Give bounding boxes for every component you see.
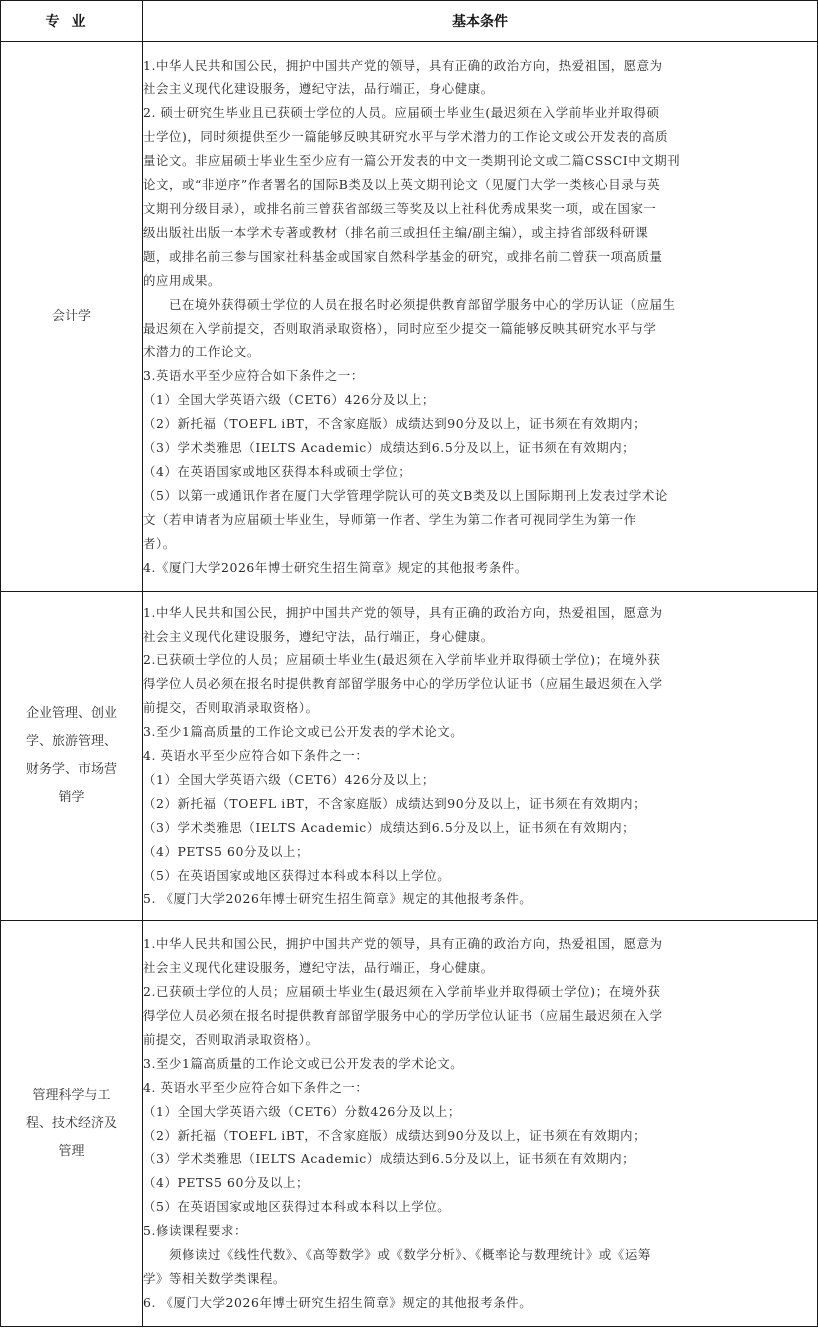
header-major: 专业 bbox=[1, 1, 143, 42]
condition-line: 须修读过《线性代数》、《高等数学》或《数学分析》、《概率论与数理统计》或《运筹 bbox=[143, 1243, 817, 1267]
condition-line: （4）PETS5 60分及以上； bbox=[143, 840, 817, 864]
table-row-management-science: 管理科学与工程、技术经济及管理 1.中华人民共和国公民，拥护中国共产党的领导，具… bbox=[1, 921, 818, 1327]
conditions-cell: 1.中华人民共和国公民，拥护中国共产党的领导，具有正确的政治方向，热爱祖国，愿意… bbox=[143, 921, 818, 1327]
major-name-line: 财务学、市场营 bbox=[1, 756, 142, 784]
major-name-line: 管理 bbox=[1, 1138, 142, 1166]
condition-line: （4）PETS5 60分及以上； bbox=[143, 1171, 817, 1195]
condition-line: 1.中华人民共和国公民，拥护中国共产党的领导，具有正确的政治方向，热爱祖国，愿意… bbox=[143, 601, 817, 625]
condition-line: 6. 《厦门大学2026年博士研究生招生简章》规定的其他报考条件。 bbox=[143, 1291, 817, 1315]
condition-line: （3）学术类雅思（IELTS Academic）成绩达到6.5分及以上，证书须在… bbox=[143, 1147, 817, 1171]
conditions-cell: 1.中华人民共和国公民，拥护中国共产党的领导，具有正确的政治方向，热爱祖国，愿意… bbox=[143, 592, 818, 921]
condition-line: （3）学术类雅思（IELTS Academic）成绩达到6.5分及以上，证书须在… bbox=[143, 436, 817, 460]
condition-line: 3.至少1篇高质量的工作论文或已公开发表的学术论文。 bbox=[143, 1052, 817, 1076]
condition-line: 文（若申请者为应届硕士毕业生，导师第一作者、学生为第二作者可视同学生为第一作 bbox=[143, 508, 817, 532]
condition-line: 者）。 bbox=[143, 532, 817, 556]
conditions-cell: 1.中华人民共和国公民，拥护中国共产党的领导，具有正确的政治方向，热爱祖国，愿意… bbox=[143, 42, 818, 592]
condition-line: 2.已获硕士学位的人员；应届硕士毕业生(最迟须在入学前毕业并取得硕士学位)；在境… bbox=[143, 980, 817, 1004]
condition-line: 前提交，否则取消录取资格）。 bbox=[143, 1028, 817, 1052]
table-row-business-management: 企业管理、创业学、旅游管理、财务学、市场营销学 1.中华人民共和国公民，拥护中国… bbox=[1, 592, 818, 921]
condition-line: （5）在英语国家或地区获得过本科或本科以上学位。 bbox=[143, 1195, 817, 1219]
condition-line: 3.至少1篇高质量的工作论文或已公开发表的学术论文。 bbox=[143, 720, 817, 744]
condition-line: 2. 硕士研究生毕业且已获硕士学位的人员。应届硕士毕业生(最迟须在入学前毕业并取… bbox=[143, 101, 817, 125]
condition-line: 前提交，否则取消录取资格）。 bbox=[143, 696, 817, 720]
major-name-line: 程、技术经济及 bbox=[1, 1110, 142, 1138]
condition-line: （1）全国大学英语六级（CET6）426分及以上； bbox=[143, 388, 817, 412]
table-row-accounting: 会计学 1.中华人民共和国公民，拥护中国共产党的领导，具有正确的政治方向，热爱祖… bbox=[1, 42, 818, 592]
condition-line: 4. 英语水平至少应符合如下条件之一： bbox=[143, 1076, 817, 1100]
condition-line: 4. 英语水平至少应符合如下条件之一： bbox=[143, 744, 817, 768]
major-name-line: 销学 bbox=[1, 784, 142, 812]
condition-line: （1）全国大学英语六级（CET6）分数426分及以上； bbox=[143, 1100, 817, 1124]
condition-line: 术潜力的工作论文。 bbox=[143, 340, 817, 364]
major-cell: 管理科学与工程、技术经济及管理 bbox=[1, 921, 143, 1327]
condition-line: 社会主义现代化建设服务，遵纪守法，品行端正，身心健康。 bbox=[143, 77, 817, 101]
condition-line: 的应用成果。 bbox=[143, 269, 817, 293]
condition-line: （2）新托福（TOEFL iBT，不含家庭版）成绩达到90分及以上，证书须在有效… bbox=[143, 412, 817, 436]
condition-line: 5.修读课程要求： bbox=[143, 1219, 817, 1243]
condition-line: 4.《厦门大学2026年博士研究生招生简章》规定的其他报考条件。 bbox=[143, 556, 817, 580]
condition-line: （2）新托福（TOEFL iBT，不含家庭版）成绩达到90分及以上，证书须在有效… bbox=[143, 792, 817, 816]
condition-line: 题，或排名前三参与国家社科基金或国家自然科学基金的研究，或排名前二曾获一项高质量 bbox=[143, 245, 817, 269]
condition-line: 最迟须在入学前提交，否则取消录取资格），同时应至少提交一篇能够反映其研究水平与学 bbox=[143, 317, 817, 341]
condition-line: 得学位人员必须在报名时提供教育部留学服务中心的学历学位认证书（应届生最迟须在入学 bbox=[143, 1004, 817, 1028]
condition-line: 2.已获硕士学位的人员；应届硕士毕业生(最迟须在入学前毕业并取得硕士学位)；在境… bbox=[143, 648, 817, 672]
condition-line: 文期刊分级目录），或排名前三曾获省部级三等奖及以上社科优秀成果奖一项，或在国家一 bbox=[143, 197, 817, 221]
condition-line: 3.英语水平至少应符合如下条件之一： bbox=[143, 364, 817, 388]
major-name-line: 管理科学与工 bbox=[1, 1082, 142, 1110]
condition-line: 1.中华人民共和国公民，拥护中国共产党的领导，具有正确的政治方向，热爱祖国，愿意… bbox=[143, 54, 817, 78]
table-header-row: 专业 基本条件 bbox=[1, 1, 818, 42]
condition-line: （5）以第一或通讯作者在厦门大学管理学院认可的英文B类及以上国际期刊上发表过学术… bbox=[143, 484, 817, 508]
major-name-line: 企业管理、创业 bbox=[1, 700, 142, 728]
condition-line: 学》等相关数学类课程。 bbox=[143, 1267, 817, 1291]
condition-line: （1）全国大学英语六级（CET6）426分及以上； bbox=[143, 768, 817, 792]
admission-requirements-table: 专业 基本条件 会计学 1.中华人民共和国公民，拥护中国共产党的领导，具有正确的… bbox=[0, 0, 818, 1327]
condition-line: （5）在英语国家或地区获得过本科或本科以上学位。 bbox=[143, 864, 817, 888]
major-name-line: 学、旅游管理、 bbox=[1, 728, 142, 756]
condition-line: 1.中华人民共和国公民，拥护中国共产党的领导，具有正确的政治方向，热爱祖国，愿意… bbox=[143, 932, 817, 956]
condition-line: （2）新托福（TOEFL iBT，不含家庭版）成绩达到90分及以上，证书须在有效… bbox=[143, 1124, 817, 1148]
condition-line: 已在境外获得硕士学位的人员在报名时必须提供教育部留学服务中心的学历认证（应届生 bbox=[143, 293, 817, 317]
header-conditions: 基本条件 bbox=[143, 1, 818, 42]
condition-line: 社会主义现代化建设服务，遵纪守法，品行端正，身心健康。 bbox=[143, 625, 817, 649]
condition-line: （3）学术类雅思（IELTS Academic）成绩达到6.5分及以上，证书须在… bbox=[143, 816, 817, 840]
major-cell: 会计学 bbox=[1, 42, 143, 592]
major-cell: 企业管理、创业学、旅游管理、财务学、市场营销学 bbox=[1, 592, 143, 921]
condition-line: 社会主义现代化建设服务，遵纪守法，品行端正，身心健康。 bbox=[143, 956, 817, 980]
major-name-line: 会计学 bbox=[1, 303, 142, 331]
condition-line: 士学位)，同时须提供至少一篇能够反映其研究水平与学术潜力的工作论文或公开发表的高… bbox=[143, 125, 817, 149]
condition-line: 得学位人员必须在报名时提供教育部留学服务中心的学历学位认证书（应届生最迟须在入学 bbox=[143, 672, 817, 696]
condition-line: 论文，或“非逆序”作者署名的国际B类及以上英文期刊论文（见厦门大学一类核心目录与… bbox=[143, 173, 817, 197]
condition-line: 5. 《厦门大学2026年博士研究生招生简章》规定的其他报考条件。 bbox=[143, 887, 817, 911]
condition-line: （4）在英语国家或地区获得本科或硕士学位； bbox=[143, 460, 817, 484]
condition-line: 级出版社出版一本学术专著或教材（排名前三或担任主编/副主编），或主持省部级科研课 bbox=[143, 221, 817, 245]
condition-line: 量论文。非应届硕士毕业生至少应有一篇公开发表的中文一类期刊论文或二篇CSSCI中… bbox=[143, 149, 817, 173]
